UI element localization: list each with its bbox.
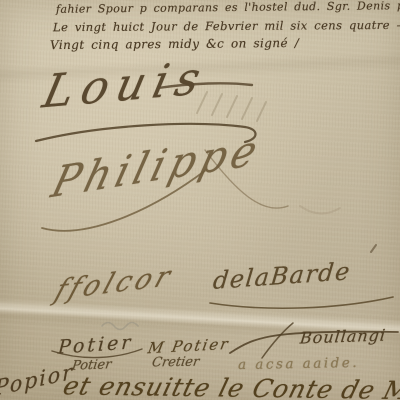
bottom-line-text: et ensuitte le Conte de Mont [60,371,400,400]
signature-cretier: Cretier [151,355,201,371]
body-text-line-1: fahier Spour p comparans es l'hostel dud… [56,0,400,16]
delabarde-underline [210,297,393,308]
ink-bleed-hatch [197,92,266,121]
body-text-line-3: Vingt cinq apres midy &c on signé / [50,36,299,52]
boullanger-paraph-cross [262,323,293,358]
signature-potier-large: Potier [57,331,134,358]
signature-louis: Louis [38,50,213,119]
signature-delabarde: delaBarde [212,257,353,295]
manuscript-page: fahier Spour p comparans es l'hostel dud… [0,0,400,400]
faint-stamp-mark [102,323,138,330]
signature-garde-note: a acsa aaide. [238,355,359,373]
ink-bleed-loop [300,206,340,214]
ink-speck [371,245,376,252]
signature-boullanger: Boullangi [299,325,387,347]
body-text-line-2: Le vingt huict Jour de Febvrier mil six … [53,18,400,34]
signature-philippe: Philippe [46,124,267,208]
signature-ffolcor: ffolcor [51,260,179,307]
